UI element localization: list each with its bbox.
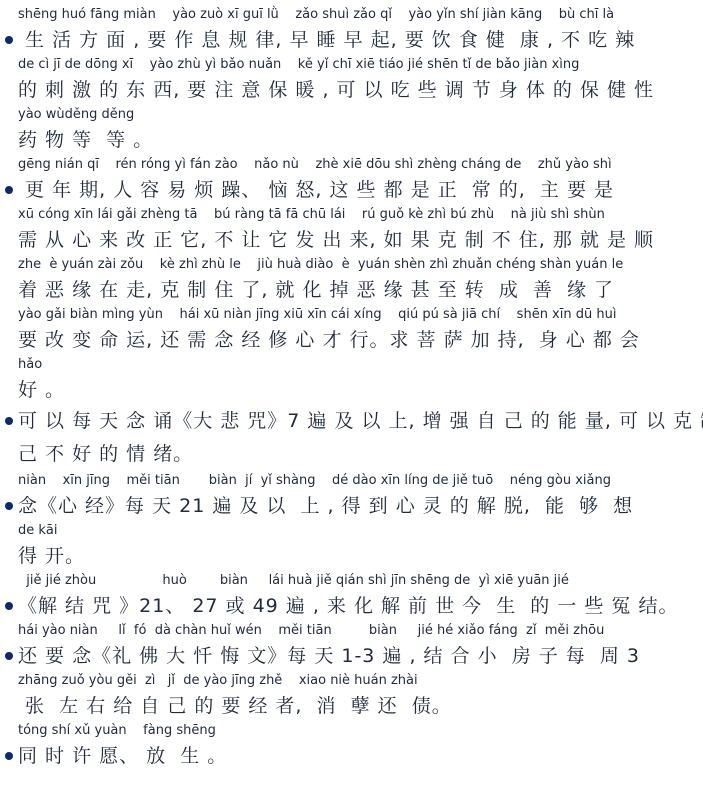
hanzi-line: 还 要 念《礼 佛 大 忏 悔 文》每 天 1-3 遍 , 结 合 小 房 子 … bbox=[18, 641, 703, 671]
hanzi-line: 生 活 方 面 , 要 作 息 规 律, 早 睡 早 起, 要 饮 食 健 康 … bbox=[18, 25, 703, 55]
hanzi-line: 同 时 许 愿、 放 生 。 bbox=[18, 741, 703, 771]
item-content: shēng huó fāng miàn yào zuò xī guī lǜ zǎ… bbox=[18, 5, 703, 155]
hanzi-line: 张 左 右 给 自 己 的 要 经 者, 消 孽 还 债。 bbox=[18, 691, 703, 721]
item-content: hái yào niàn lǐ fó dà chàn huǐ wén měi t… bbox=[18, 621, 703, 721]
list-item: tóng shí xǔ yuàn fàng shēng同 时 许 愿、 放 生 … bbox=[0, 721, 703, 771]
document-page: shēng huó fāng miàn yào zuò xī guī lǜ zǎ… bbox=[0, 0, 703, 785]
item-content: gēng nián qī rén róng yì fán zào nǎo nù … bbox=[18, 155, 703, 405]
pinyin-line: zhāng zuǒ yòu gěi zì jǐ de yào jīng zhě … bbox=[18, 671, 703, 691]
list-item: shēng huó fāng miàn yào zuò xī guī lǜ zǎ… bbox=[0, 5, 703, 155]
item-content: jiě jié zhòu huò biàn lái huà jiě qián s… bbox=[18, 571, 703, 621]
hanzi-line: 得 开。 bbox=[18, 541, 703, 571]
pinyin-line: xū cóng xīn lái gǎi zhèng tā bú ràng tā … bbox=[18, 205, 703, 225]
bullet-icon bbox=[5, 417, 13, 425]
hanzi-line: 可 以 每 天 念 诵《大 悲 咒》7 遍 及 以 上, 增 强 自 己 的 能… bbox=[18, 405, 703, 438]
pinyin-line: niàn xīn jīng měi tiān biàn jí yǐ shàng … bbox=[18, 471, 703, 491]
pinyin-line: de cì jī de dōng xī yào zhù yì bǎo nuǎn … bbox=[18, 55, 703, 75]
hanzi-line: 更 年 期, 人 容 易 烦 躁、 恼 怒, 这 些 都 是 正 常 的, 主 … bbox=[18, 175, 703, 205]
bullet-icon bbox=[5, 752, 13, 760]
hanzi-line: 己 不 好 的 情 绪。 bbox=[18, 438, 703, 471]
list-item: jiě jié zhòu huò biàn lái huà jiě qián s… bbox=[0, 571, 703, 621]
pinyin-line: de kāi bbox=[18, 521, 703, 541]
list-item: hái yào niàn lǐ fó dà chàn huǐ wén měi t… bbox=[0, 621, 703, 721]
hanzi-line: 需 从 心 来 改 正 它, 不 让 它 发 出 来, 如 果 克 制 不 住,… bbox=[18, 225, 703, 255]
list-item: gēng nián qī rén róng yì fán zào nǎo nù … bbox=[0, 155, 703, 405]
pinyin-line: gēng nián qī rén róng yì fán zào nǎo nù … bbox=[18, 155, 703, 175]
pinyin-line: hǎo bbox=[18, 355, 703, 375]
pinyin-line: jiě jié zhòu huò biàn lái huà jiě qián s… bbox=[18, 571, 703, 591]
list-item: 可 以 每 天 念 诵《大 悲 咒》7 遍 及 以 上, 增 强 自 己 的 能… bbox=[0, 405, 703, 471]
pinyin-line: zhe è yuán zài zǒu kè zhì zhù le jiù huà… bbox=[18, 255, 703, 275]
hanzi-line: 着 恶 缘 在 走, 克 制 住 了, 就 化 掉 恶 缘 甚 至 转 成 善 … bbox=[18, 275, 703, 305]
hanzi-line: 《解 结 咒 》21、 27 或 49 遍 , 来 化 解 前 世 今 生 的 … bbox=[18, 591, 703, 621]
hanzi-line: 的 刺 激 的 东 西, 要 注 意 保 暖 , 可 以 吃 些 调 节 身 体… bbox=[18, 75, 703, 105]
bullet-icon bbox=[5, 36, 13, 44]
bullet-list: shēng huó fāng miàn yào zuò xī guī lǜ zǎ… bbox=[0, 5, 703, 771]
list-item: niàn xīn jīng měi tiān biàn jí yǐ shàng … bbox=[0, 471, 703, 571]
bullet-icon bbox=[5, 652, 13, 660]
bullet-icon bbox=[5, 502, 13, 510]
pinyin-line: shēng huó fāng miàn yào zuò xī guī lǜ zǎ… bbox=[18, 5, 703, 25]
hanzi-line: 要 改 变 命 运, 还 需 念 经 修 心 才 行。求 菩 萨 加 持, 身 … bbox=[18, 325, 703, 355]
bullet-icon bbox=[5, 602, 13, 610]
hanzi-line: 念《心 经》每 天 21 遍 及 以 上 , 得 到 心 灵 的 解 脱, 能 … bbox=[18, 491, 703, 521]
bullet-icon bbox=[5, 186, 13, 194]
pinyin-line: yào gǎi biàn mìng yùn hái xū niàn jīng x… bbox=[18, 305, 703, 325]
pinyin-line: hái yào niàn lǐ fó dà chàn huǐ wén měi t… bbox=[18, 621, 703, 641]
item-content: tóng shí xǔ yuàn fàng shēng同 时 许 愿、 放 生 … bbox=[18, 721, 703, 771]
item-content: niàn xīn jīng měi tiān biàn jí yǐ shàng … bbox=[18, 471, 703, 571]
pinyin-line: tóng shí xǔ yuàn fàng shēng bbox=[18, 721, 703, 741]
pinyin-line: yào wùděng děng bbox=[18, 105, 703, 125]
hanzi-line: 好 。 bbox=[18, 375, 703, 405]
item-content: 可 以 每 天 念 诵《大 悲 咒》7 遍 及 以 上, 增 强 自 己 的 能… bbox=[18, 405, 703, 471]
hanzi-line: 药 物 等 等 。 bbox=[18, 125, 703, 155]
